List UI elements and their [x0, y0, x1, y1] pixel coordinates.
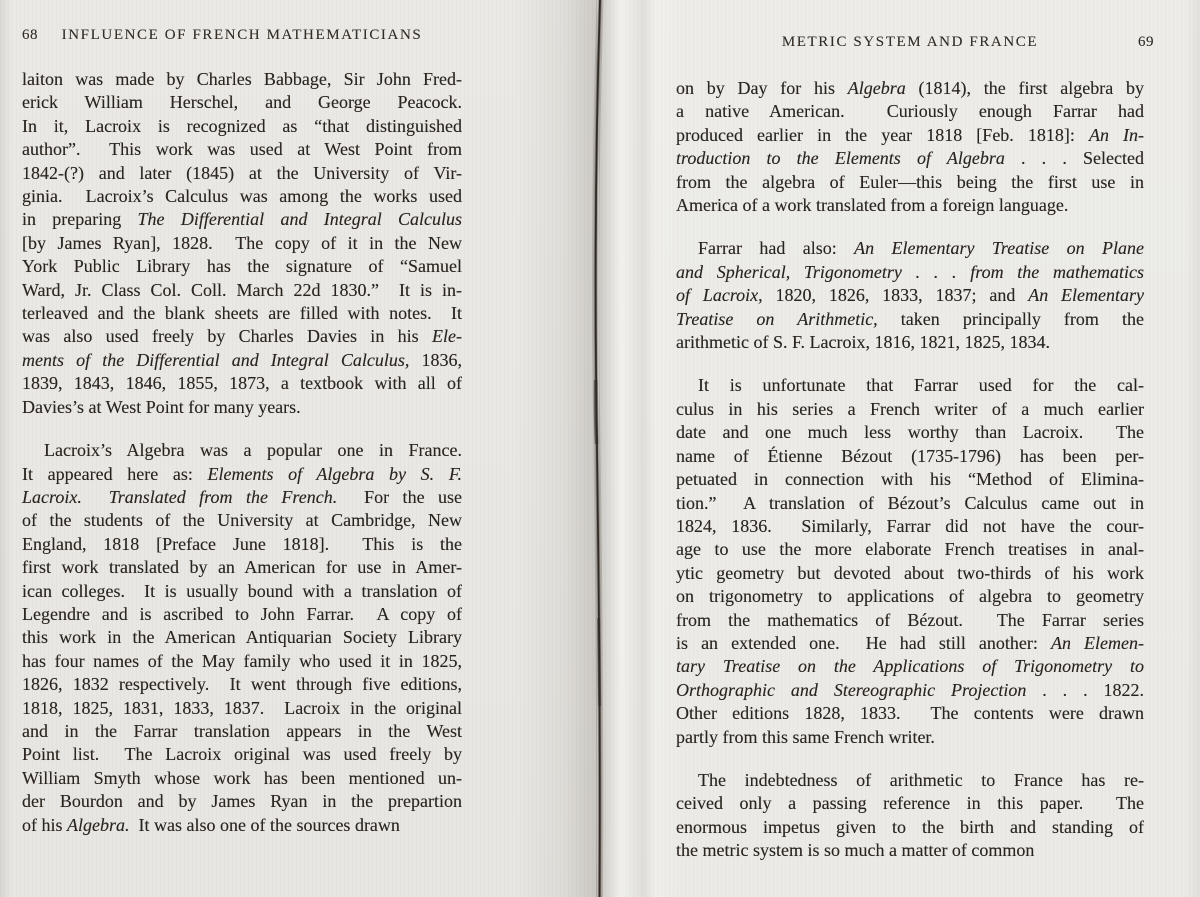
text-line: 1824, 1836. Similarly, Farrar did not ha…	[676, 515, 1144, 538]
text-line: ceived only a passing reference in this …	[676, 792, 1144, 815]
right-page: METRIC SYSTEM AND FRANCE 69 on by Day fo…	[597, 0, 1200, 897]
text-line: age to use the more elaborate French tre…	[676, 538, 1144, 561]
text-line: terleaved and the blank sheets are fille…	[22, 302, 462, 325]
italic-text: An Elemen-	[1051, 633, 1144, 653]
text-line: ments of the Differential and Integral C…	[22, 349, 462, 372]
text-run: the metric system is so much a matter of…	[676, 840, 1034, 860]
text-run: In it, Lacroix is recognized as “that di…	[22, 116, 462, 136]
text-line: ican colleges. It is usually bound with …	[22, 580, 462, 603]
text-run: laiton was made by Charles Babbage, Sir …	[22, 69, 462, 89]
text-line: on by Day for his Algebra (1814), the fi…	[676, 77, 1144, 100]
text-run: der Bourdon and by James Ryan in the pre…	[22, 791, 462, 811]
text-run: The indebtedness of arithmetic to France…	[698, 770, 1144, 790]
text-line: culus in his series a French writer of a…	[676, 398, 1144, 421]
text-run: Other editions 1828, 1833. The contents …	[676, 703, 1144, 723]
book-scan: 68 INFLUENCE OF FRENCH MATHEMATICIANS la…	[0, 0, 1200, 897]
text-line: tion.” A translation of Bézout’s Calculu…	[676, 492, 1144, 515]
text-line: [by James Ryan], 1828. The copy of it in…	[22, 232, 462, 255]
right-page-body: on by Day for his Algebra (1814), the fi…	[676, 77, 1144, 883]
text-run: a native American. Curiously enough Farr…	[676, 101, 1144, 121]
text-run: on by Day for his	[676, 78, 848, 98]
text-run: Legendre and is ascribed to John Farrar.…	[22, 604, 462, 624]
text-line: and in the Farrar translation appears in…	[22, 720, 462, 743]
italic-text: An In-	[1089, 125, 1144, 145]
text-run: It was also one of the sources drawn	[130, 815, 400, 835]
text-line: England, 1818 [Preface June 1818]. This …	[22, 533, 462, 556]
text-line: America of a work translated from a fore…	[676, 194, 1144, 217]
text-run: of the students of the University at Cam…	[22, 510, 462, 530]
text-line: Lacroix’s Algebra was a popular one in F…	[22, 439, 462, 462]
text-line: and Spherical, Trigonometry . . . from t…	[676, 261, 1144, 284]
text-line: Farrar had also: An Elementary Treatise …	[676, 237, 1144, 260]
text-run: 1842-(?) and later (1845) at the Univers…	[22, 163, 462, 183]
text-line: this work in the American Antiquarian So…	[22, 626, 462, 649]
left-running-title: INFLUENCE OF FRENCH MATHEMATICIANS	[22, 27, 462, 44]
text-run: was also used freely by Charles Davies i…	[22, 326, 432, 346]
text-line: Point list. The Lacroix original was use…	[22, 743, 462, 766]
text-run: Farrar had also:	[698, 238, 854, 258]
italic-text: The Differential and Integral Calculus	[138, 209, 462, 229]
text-run: partly from this same French writer.	[676, 727, 935, 747]
paragraph: on by Day for his Algebra (1814), the fi…	[676, 77, 1144, 217]
text-line: It appeared here as: Elements of Algebra…	[22, 463, 462, 486]
text-run: and in the Farrar translation appears in…	[22, 721, 462, 741]
text-line: William Smyth whose work has been mentio…	[22, 767, 462, 790]
italic-text: Elements of Algebra by S. F.	[207, 464, 462, 484]
text-line: Treatise on Arithmetic, taken principall…	[676, 308, 1144, 331]
italic-text: Algebra	[848, 78, 906, 98]
text-line: a native American. Curiously enough Farr…	[676, 100, 1144, 123]
text-line: 1842-(?) and later (1845) at the Univers…	[22, 162, 462, 185]
text-run: author”. This work was used at West Poin…	[22, 139, 462, 159]
text-line: Other editions 1828, 1833. The contents …	[676, 702, 1144, 725]
text-run: England, 1818 [Preface June 1818]. This …	[22, 534, 462, 554]
italic-text: tary Treatise on the Applications of Tri…	[676, 656, 1144, 676]
text-run: from the algebra of Euler—this being the…	[676, 172, 1144, 192]
italic-text: Ele-	[432, 326, 462, 346]
text-line: in preparing The Differential and Integr…	[22, 208, 462, 231]
text-line: It is unfortunate that Farrar used for t…	[676, 374, 1144, 397]
text-run: It is unfortunate that Farrar used for t…	[698, 375, 1144, 395]
italic-text: and Spherical, Trigonometry . . . from t…	[676, 262, 1144, 282]
text-line: Ward, Jr. Class Col. Coll. March 22d 183…	[22, 279, 462, 302]
italic-text: An Elementary Treatise on Plane	[854, 238, 1144, 258]
text-run: [by James Ryan], 1828. The copy of it in…	[22, 233, 462, 253]
text-line: is an extended one. He had still another…	[676, 632, 1144, 655]
text-line: troduction to the Elements of Algebra . …	[676, 147, 1144, 170]
text-run: . . . 1822.	[1026, 680, 1144, 700]
left-page: 68 INFLUENCE OF FRENCH MATHEMATICIANS la…	[0, 0, 597, 897]
text-run: America of a work translated from a fore…	[676, 195, 1068, 215]
text-run: 1818, 1825, 1831, 1833, 1837. Lacroix in…	[22, 698, 462, 718]
text-line: ginia. Lacroix’s Calculus was among the …	[22, 185, 462, 208]
text-line: The indebtedness of arithmetic to France…	[676, 769, 1144, 792]
text-line: from the algebra of Euler—this being the…	[676, 171, 1144, 194]
text-line: Legendre and is ascribed to John Farrar.…	[22, 603, 462, 626]
text-line: partly from this same French writer.	[676, 726, 1144, 749]
text-run: (1814), the first algebra by	[906, 78, 1144, 98]
left-page-body: laiton was made by Charles Babbage, Sir …	[22, 68, 462, 857]
right-running-title: METRIC SYSTEM AND FRANCE	[676, 34, 1144, 51]
italic-text: ments of the Differential and Integral C…	[22, 350, 409, 370]
text-line: of the students of the University at Cam…	[22, 509, 462, 532]
text-line: 1826, 1832 respectively. It went through…	[22, 673, 462, 696]
text-run: has four names of the May family who use…	[22, 651, 462, 671]
text-run: 1836,	[409, 350, 462, 370]
text-line: the metric system is so much a matter of…	[676, 839, 1144, 862]
text-run: age to use the more elaborate French tre…	[676, 539, 1144, 559]
italic-text: of Lacroix,	[676, 285, 763, 305]
italic-text: An Elementary	[1028, 285, 1144, 305]
text-run: of his	[22, 815, 67, 835]
text-run: ican colleges. It is usually bound with …	[22, 581, 462, 601]
text-line: on trigonometry to applications of algeb…	[676, 585, 1144, 608]
text-line: tary Treatise on the Applications of Tri…	[676, 655, 1144, 678]
text-line: has four names of the May family who use…	[22, 650, 462, 673]
text-run: in preparing	[22, 209, 138, 229]
text-run: For the use	[337, 487, 462, 507]
text-run: It appeared here as:	[22, 464, 207, 484]
paragraph: Lacroix’s Algebra was a popular one in F…	[22, 439, 462, 837]
text-run: is an extended one. He had still another…	[676, 633, 1051, 653]
right-running-head: METRIC SYSTEM AND FRANCE 69	[676, 34, 1144, 51]
text-run: William Smyth whose work has been mentio…	[22, 768, 462, 788]
text-run: . . . Selected	[1005, 148, 1144, 168]
text-line: author”. This work was used at West Poin…	[22, 138, 462, 161]
left-running-head: 68 INFLUENCE OF FRENCH MATHEMATICIANS	[22, 27, 462, 44]
text-line: In it, Lacroix is recognized as “that di…	[22, 115, 462, 138]
text-run: Lacroix’s Algebra was a popular one in F…	[44, 440, 462, 460]
text-run: from the mathematics of Bézout. The Farr…	[676, 610, 1144, 630]
text-run: 1820, 1826, 1833, 1837; and	[763, 285, 1029, 305]
text-line: ytic geometry but devoted about two-thir…	[676, 562, 1144, 585]
text-run: ceived only a passing reference in this …	[676, 793, 1144, 813]
text-line: of Lacroix, 1820, 1826, 1833, 1837; and …	[676, 284, 1144, 307]
text-line: of his Algebra. It was also one of the s…	[22, 814, 462, 837]
text-line: York Public Library has the signature of…	[22, 255, 462, 278]
text-run: arithmetic of S. F. Lacroix, 1816, 1821,…	[676, 332, 1050, 352]
text-run: produced earlier in the year 1818 [Feb. …	[676, 125, 1089, 145]
text-line: erick William Herschel, and George Peaco…	[22, 91, 462, 114]
text-run: date and one much less worthy than Lacro…	[676, 422, 1144, 442]
paragraph: laiton was made by Charles Babbage, Sir …	[22, 68, 462, 419]
text-line: first work translated by an American for…	[22, 556, 462, 579]
text-run: first work translated by an American for…	[22, 557, 462, 577]
text-line: Orthographic and Stereographic Projectio…	[676, 679, 1144, 702]
text-run: ytic geometry but devoted about two-thir…	[676, 563, 1144, 583]
right-page-number: 69	[1138, 34, 1154, 51]
text-run: this work in the American Antiquarian So…	[22, 627, 462, 647]
text-run: 1826, 1832 respectively. It went through…	[22, 674, 462, 694]
text-run: 1839, 1843, 1846, 1855, 1873, a textbook…	[22, 373, 462, 393]
text-run: Point list. The Lacroix original was use…	[22, 744, 462, 764]
italic-text: Treatise on Arithmetic,	[676, 309, 878, 329]
text-run: erick William Herschel, and George Peaco…	[22, 92, 462, 112]
left-page-number: 68	[22, 27, 38, 44]
text-line: date and one much less worthy than Lacro…	[676, 421, 1144, 444]
text-line: from the mathematics of Bézout. The Farr…	[676, 609, 1144, 632]
italic-text: Lacroix. Translated from the French.	[22, 487, 337, 507]
text-line: produced earlier in the year 1818 [Feb. …	[676, 124, 1144, 147]
text-line: name of Étienne Bézout (1735-1796) has b…	[676, 445, 1144, 468]
text-run: taken principally from the	[878, 309, 1144, 329]
text-run: ginia. Lacroix’s Calculus was among the …	[22, 186, 462, 206]
text-line: der Bourdon and by James Ryan in the pre…	[22, 790, 462, 813]
paragraph: The indebtedness of arithmetic to France…	[676, 769, 1144, 863]
italic-text: Orthographic and Stereographic Projectio…	[676, 680, 1026, 700]
text-run: 1824, 1836. Similarly, Farrar did not ha…	[676, 516, 1144, 536]
text-line: Davies’s at West Point for many years.	[22, 396, 462, 419]
text-run: enormous impetus given to the birth and …	[676, 817, 1144, 837]
paragraph: It is unfortunate that Farrar used for t…	[676, 374, 1144, 749]
text-line: petuated in connection with his “Method …	[676, 468, 1144, 491]
text-run: petuated in connection with his “Method …	[676, 469, 1144, 489]
text-line: was also used freely by Charles Davies i…	[22, 325, 462, 348]
text-run: culus in his series a French writer of a…	[676, 399, 1144, 419]
text-line: arithmetic of S. F. Lacroix, 1816, 1821,…	[676, 331, 1144, 354]
text-run: name of Étienne Bézout (1735-1796) has b…	[676, 446, 1144, 466]
text-line: Lacroix. Translated from the French. For…	[22, 486, 462, 509]
text-line: 1839, 1843, 1846, 1855, 1873, a textbook…	[22, 372, 462, 395]
italic-text: Algebra.	[67, 815, 130, 835]
text-run: Davies’s at West Point for many years.	[22, 397, 301, 417]
text-run: York Public Library has the signature of…	[22, 256, 462, 276]
text-line: enormous impetus given to the birth and …	[676, 816, 1144, 839]
text-line: 1818, 1825, 1831, 1833, 1837. Lacroix in…	[22, 697, 462, 720]
text-run: Ward, Jr. Class Col. Coll. March 22d 183…	[22, 280, 462, 300]
text-run: tion.” A translation of Bézout’s Calculu…	[676, 493, 1144, 513]
paragraph: Farrar had also: An Elementary Treatise …	[676, 237, 1144, 354]
text-run: terleaved and the blank sheets are fille…	[22, 303, 462, 323]
text-run: on trigonometry to applications of algeb…	[676, 586, 1144, 606]
text-line: laiton was made by Charles Babbage, Sir …	[22, 68, 462, 91]
italic-text: troduction to the Elements of Algebra	[676, 148, 1005, 168]
